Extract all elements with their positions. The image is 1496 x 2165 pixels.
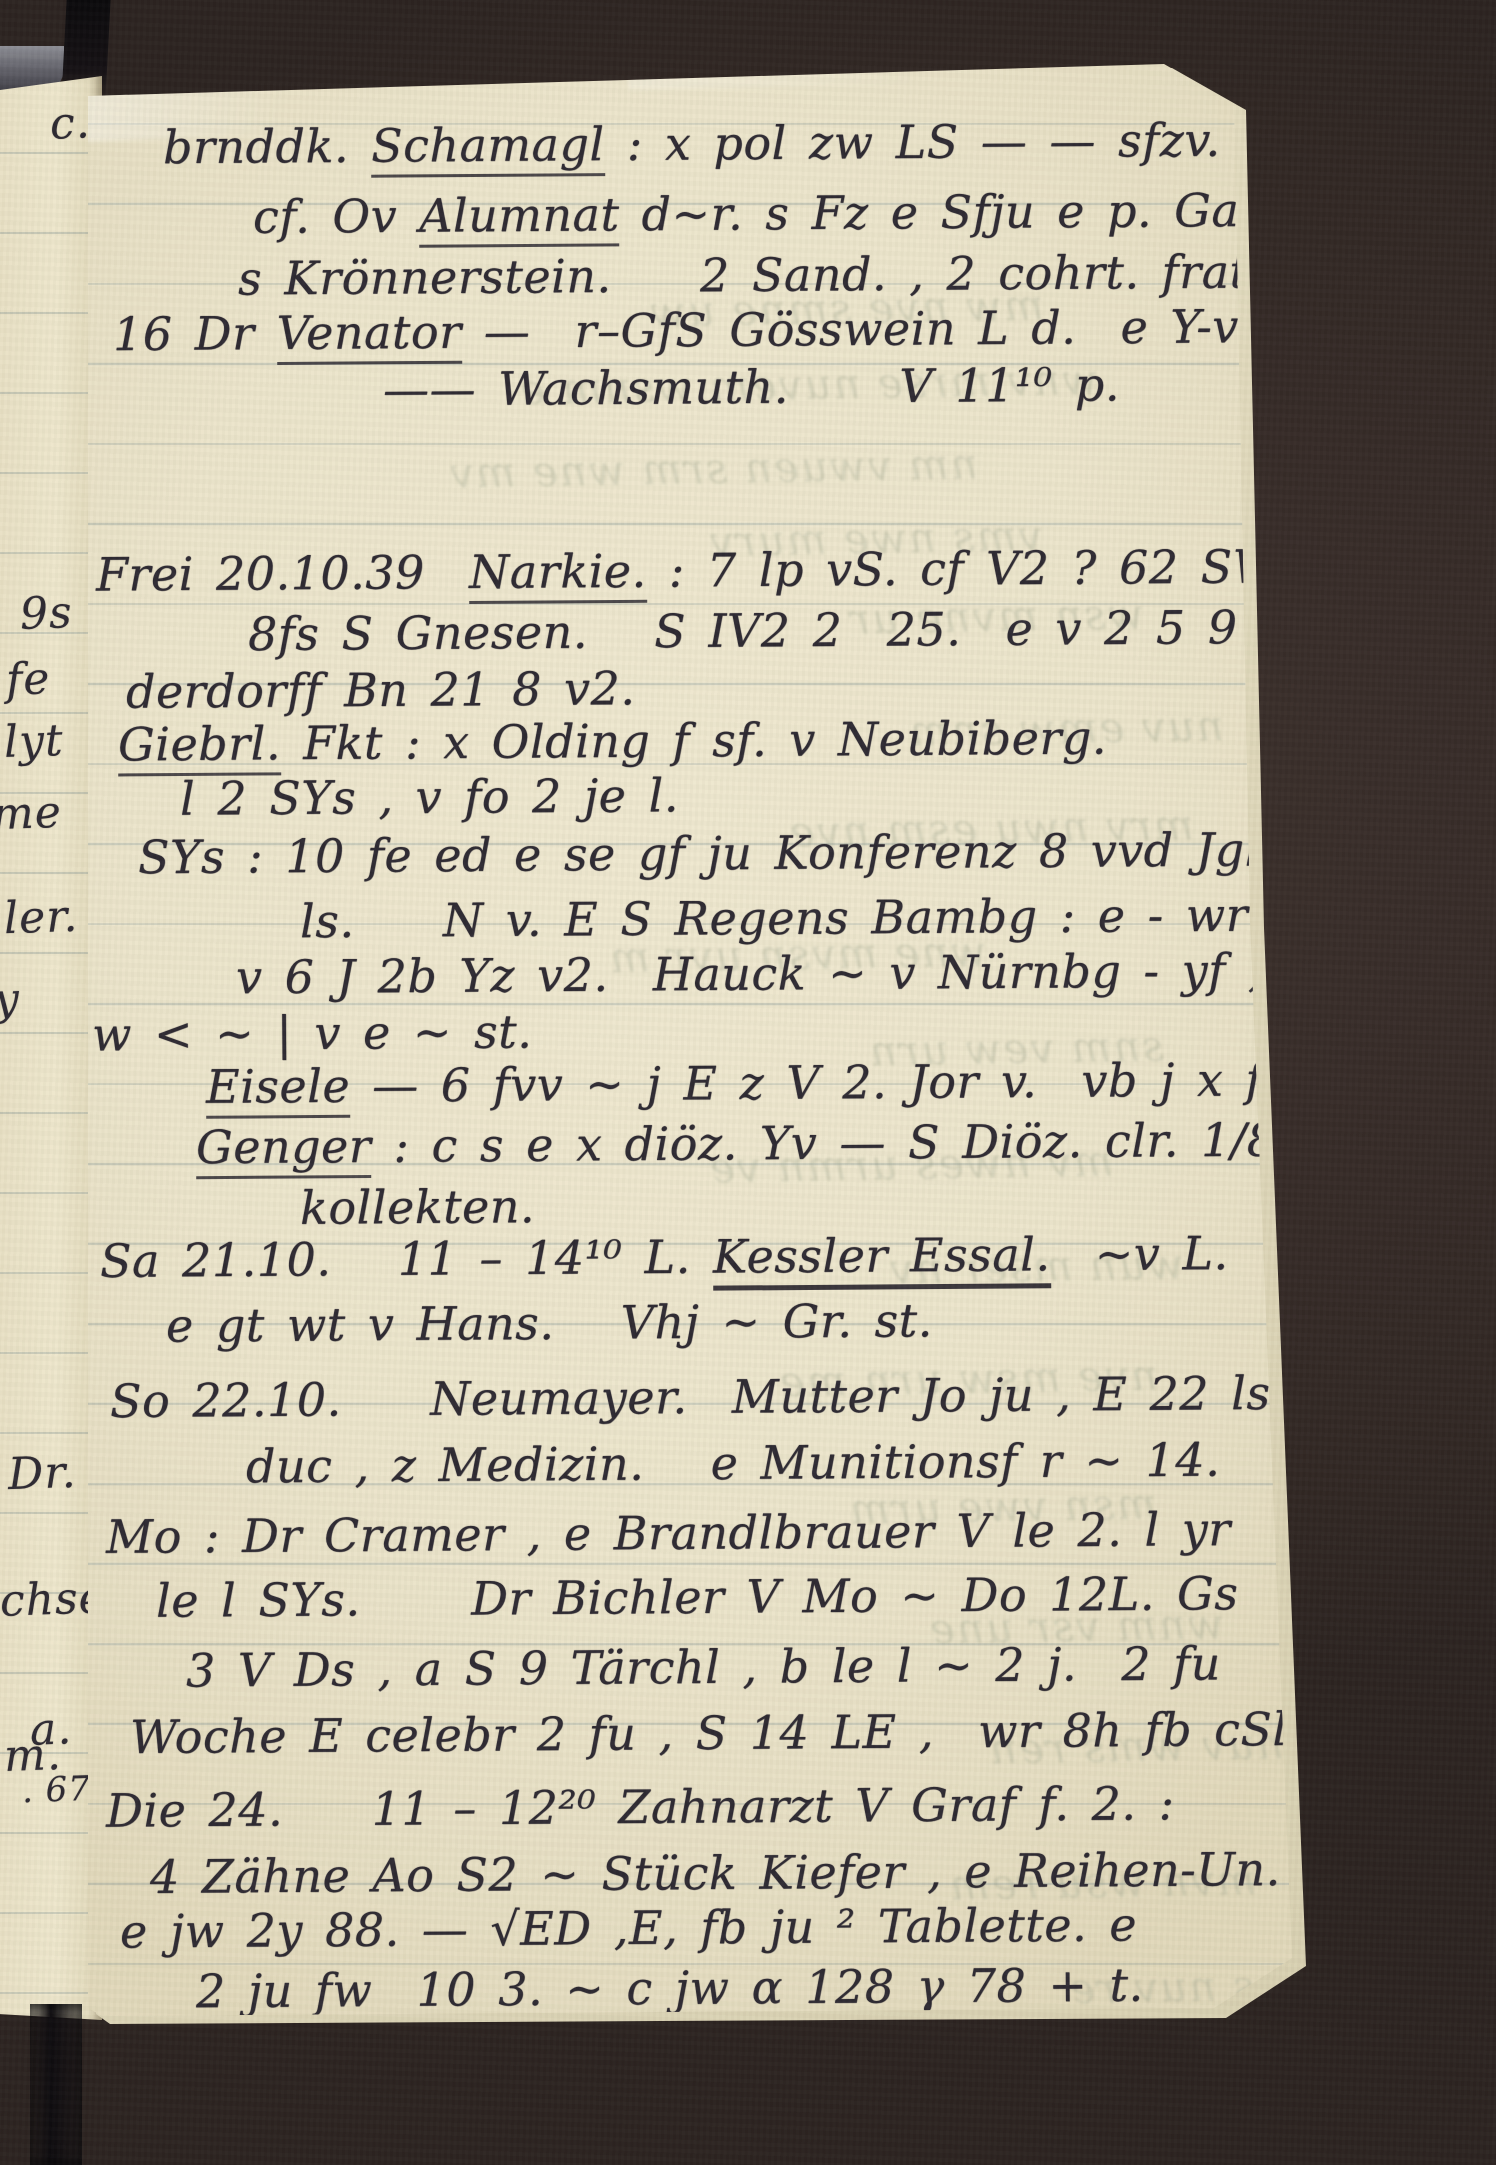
- handwriting-line: Genger : c s e x diöz. Yv — S Diöz. clr.…: [196, 1116, 1298, 1170]
- underlined-word: Genger: [196, 1119, 372, 1179]
- underlined-word: Eisele: [206, 1059, 350, 1119]
- handwriting-line: 2 ju fw 10 3. ~ c jw α 128 γ 78 + t.: [196, 1962, 1144, 2015]
- handwriting-line: le l SYs. Dr Bichler V Mo ~ Do 12L. Gs: [156, 1570, 1239, 1624]
- handwriting-line: e jw 2y 88. — √ED ,E, fb ju ² Tablette. …: [120, 1901, 1137, 1954]
- left-page-text-fragment: y: [0, 974, 21, 1026]
- underlined-word: Venator: [276, 305, 461, 365]
- handwriting-line: Die 24. 11 – 12²⁰ Zahnarzt V Graf f. 2. …: [106, 1780, 1175, 1833]
- handwriting-line: kollekten.: [300, 1183, 535, 1231]
- handwriting-line: Mo : Dr Cramer , e Brandlbrauer V le 2. …: [106, 1506, 1231, 1560]
- handwriting-line: w < ~ | v e ~ st.: [92, 1008, 533, 1057]
- left-page-text-fragment: 9s: [19, 587, 73, 640]
- handwriting-line: 4 Zähne Ao S2 ~ Stück Kiefer , e Reihen-…: [150, 1846, 1281, 1900]
- handwriting-line: Sa 21.10. 11 – 14¹⁰ L. Kessler Essal. ~v…: [100, 1230, 1229, 1284]
- handwriting-line: Woche E celebr 2 fu , S 14 LE , wr 8h fb…: [130, 1706, 1298, 1760]
- handwriting-line: cf. Ov Alumnat d~r. s Fz e Sfju e p. Gal…: [253, 186, 1298, 240]
- handwriting-line: 8fs S Gnesen. S IV2 2 25. e v 2 5 9 S Wa…: [248, 603, 1298, 657]
- binding-gutter-shadow-bottom: [30, 2004, 82, 2165]
- ghost-writing-line: nm vwuen srm wne mv: [448, 439, 979, 497]
- handwriting-line: l 2 SYs , v fo 2 je l.: [180, 772, 679, 821]
- left-page-text-fragment: fe: [5, 653, 51, 706]
- handwriting-line: —— Wachsmuth. V 11¹⁰ p.: [383, 361, 1120, 412]
- left-page-text-fragment: lyt: [3, 715, 64, 768]
- diary-photo-scene: c.9sfelytmeler.yDr.chsea.m.. 67 mw nve s…: [0, 0, 1496, 2165]
- handwriting-line: Giebrl. Fkt : x Olding f sf. v Neubiberg…: [118, 715, 1107, 768]
- handwriting-line: Eisele — 6 fvv ~ j E z V 2. Jor v. vb j …: [206, 1056, 1297, 1110]
- handwriting-line: derdorff Bn 21 8 v2.: [126, 665, 636, 715]
- handwriting-line: Frei 20.10.39 Narkie. : 7 lp vS. cf V2 ?…: [96, 542, 1298, 597]
- handwriting-line: e gt wt v Hans. Vhj ~ Gr. st.: [166, 1297, 933, 1348]
- underlined-word: Narkie.: [469, 544, 647, 604]
- underlined-word: Schamagl: [371, 117, 605, 178]
- left-page-text-fragment: . 67: [21, 1769, 91, 1811]
- left-page-text-fragment: ler.: [3, 891, 79, 945]
- handwriting-line: 16 Dr Venator — r–GfS Gösswein L d. e Y-…: [113, 303, 1298, 357]
- underlined-word: Alumnat: [419, 187, 620, 247]
- left-page-text-fragment: me: [0, 787, 63, 840]
- left-page-text-fragment: c.: [49, 97, 91, 149]
- paper-crease-highlight: [628, 62, 1048, 90]
- handwriting-line: s Krönnerstein. 2 Sand. , 2 cohrt. frat.: [238, 248, 1264, 301]
- handwriting-line: ls. N v. E S Regens Bambg : e - wr ; Ou …: [300, 890, 1298, 945]
- handwriting-line: 3 V Ds , a S 9 Tärchl , b le l ~ 2 j. 2 …: [186, 1640, 1221, 1693]
- handwriting-line: brnddk. Schamagl : x pol zw LS — — sfzv.…: [163, 116, 1298, 170]
- handwriting-line: SYs : 10 fe ed e se gf ju Konferenz 8 vv…: [138, 826, 1298, 881]
- left-page-sliver: c.9sfelytmeler.yDr.chsea.m.. 67: [0, 76, 102, 2020]
- underlined-word: Giebrl.: [118, 716, 281, 776]
- diary-page: mw nve smne uwwnv mrse nuvem wsnm enm vw…: [88, 62, 1298, 2020]
- left-page-text-fragment: Dr.: [7, 1447, 77, 1500]
- handwriting-line: So 22.10. Neumayer. Mutter Jo ju , E 22 …: [110, 1370, 1286, 1424]
- handwriting-line: duc , z Medizin. e Munitionsf r ~ 14.: [246, 1437, 1221, 1490]
- underlined-word: Kessler Essal.: [713, 1227, 1051, 1290]
- handwriting-line: v 6 J 2b Yz v2. Hauck ~ v Nürnbg - yf , …: [236, 946, 1298, 1001]
